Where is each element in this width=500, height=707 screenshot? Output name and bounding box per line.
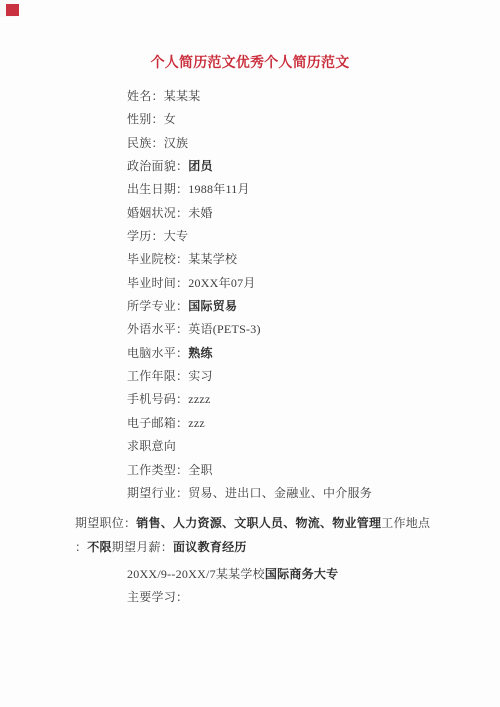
text-run: 工作年限：实习 [127, 369, 213, 383]
corner-red-mark [6, 4, 19, 16]
resume-line: 毕业时间：20XX年07月 [0, 272, 500, 295]
text-run: 政治面貌： [127, 159, 188, 173]
resume-line: 毕业院校：某某学校 [0, 248, 500, 271]
resume-line: 学历：大专 [0, 225, 500, 248]
document-lines: 姓名：某某某性别：女民族：汉族政治面貌：团员出生日期：1988年11月婚姻状况：… [0, 85, 500, 610]
text-run: 求职意向 [127, 439, 176, 453]
resume-line: ：不限期望月薪：面议教育经历 [0, 536, 500, 559]
resume-line: 电脑水平：熟练 [0, 342, 500, 365]
text-run: 期望行业：贸易、进出口、金融业、中介服务 [127, 486, 372, 500]
resume-line: 期望职位：销售、人力资源、文职人员、物流、物业管理工作地点 [0, 512, 500, 535]
text-run: 不限 [87, 540, 112, 554]
text-run: 毕业院校：某某学校 [127, 252, 237, 266]
text-run: 主要学习： [127, 590, 188, 604]
resume-line: 主要学习： [0, 586, 500, 609]
text-run: 学历：大专 [127, 229, 188, 243]
text-run: ： [75, 540, 87, 554]
resume-line: 出生日期：1988年11月 [0, 178, 500, 201]
resume-line: 婚姻状况：未婚 [0, 202, 500, 225]
text-run: 工作地点 [381, 516, 430, 530]
text-run: 期望月薪： [112, 540, 173, 554]
text-run: 国际商务大专 [265, 567, 339, 581]
text-run: 姓名：某某某 [127, 89, 201, 103]
text-run: 销售、人力资源、文职人员、物流、物业管理 [136, 516, 381, 530]
resume-line: 外语水平：英语(PETS-3) [0, 318, 500, 341]
text-run: 国际贸易 [188, 299, 237, 313]
resume-line: 期望行业：贸易、进出口、金融业、中介服务 [0, 482, 500, 505]
resume-line: 所学专业：国际贸易 [0, 295, 500, 318]
resume-line: 工作年限：实习 [0, 365, 500, 388]
text-run: 熟练 [188, 346, 213, 360]
resume-line: 手机号码：zzzz [0, 388, 500, 411]
text-run: 电子邮箱：zzz [127, 416, 205, 430]
text-run: 面议 [173, 540, 198, 554]
text-run: 教育经历 [198, 540, 247, 554]
text-run: 期望职位： [75, 516, 136, 530]
text-run: 毕业时间：20XX年07月 [127, 276, 256, 290]
text-run: 电脑水平： [127, 346, 188, 360]
resume-line: 电子邮箱：zzz [0, 412, 500, 435]
document-title: 个人简历范文优秀个人简历范文 [0, 52, 500, 76]
text-run: 手机号码：zzzz [127, 392, 211, 406]
resume-line: 工作类型：全职 [0, 459, 500, 482]
resume-line: 民族：汉族 [0, 132, 500, 155]
text-run: 婚姻状况：未婚 [127, 206, 213, 220]
resume-line: 性别：女 [0, 108, 500, 131]
text-run: 出生日期：1988年11月 [127, 182, 250, 196]
resume-line: 20XX/9--20XX/7某某学校国际商务大专 [0, 563, 500, 586]
text-run: 外语水平：英语(PETS-3) [127, 322, 261, 336]
resume-line: 政治面貌：团员 [0, 155, 500, 178]
text-run: 所学专业： [127, 299, 188, 313]
text-run: 民族：汉族 [127, 136, 188, 150]
text-run: 性别：女 [127, 112, 176, 126]
text-run: 20XX/9--20XX/7某某学校 [127, 567, 265, 581]
text-run: 团员 [188, 159, 213, 173]
document-page: 个人简历范文优秀个人简历范文 姓名：某某某性别：女民族：汉族政治面貌：团员出生日… [0, 0, 500, 707]
resume-line: 姓名：某某某 [0, 85, 500, 108]
resume-line: 求职意向 [0, 435, 500, 458]
text-run: 工作类型：全职 [127, 463, 213, 477]
